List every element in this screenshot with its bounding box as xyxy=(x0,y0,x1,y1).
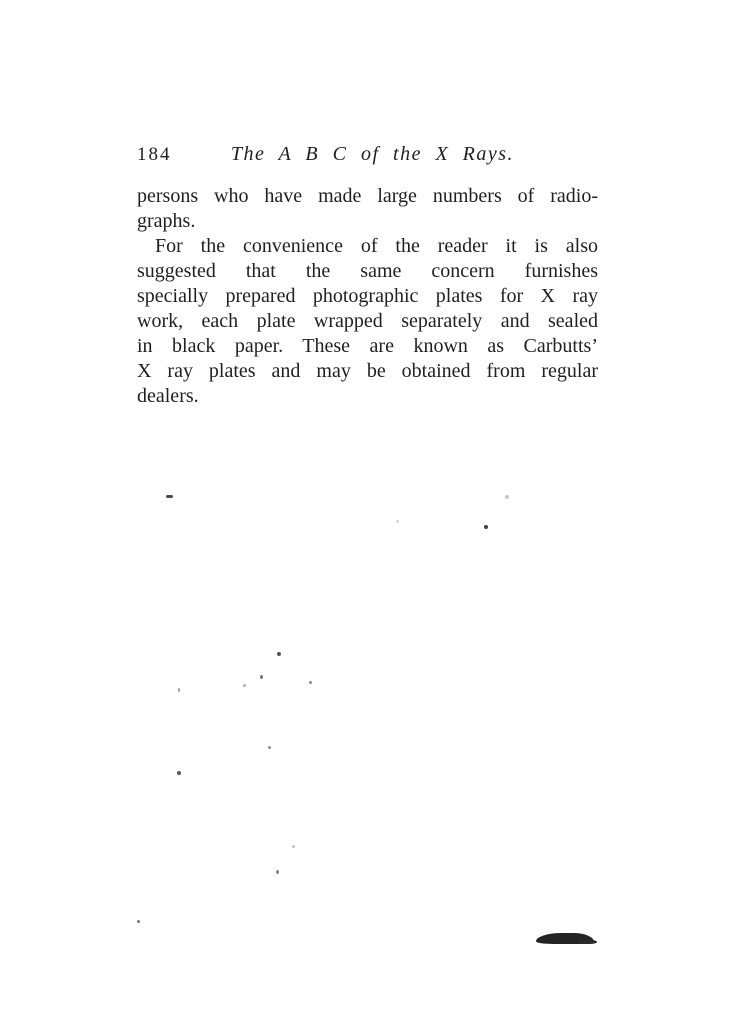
ink-speck xyxy=(260,675,263,679)
ink-speck xyxy=(166,495,173,498)
running-title: The A B C of the X Rays. xyxy=(147,141,598,167)
ink-speck xyxy=(396,520,399,523)
ink-speck xyxy=(243,684,246,687)
ink-speck xyxy=(484,525,488,529)
ink-speck xyxy=(276,870,279,874)
text-line: specially prepared photographic plates f… xyxy=(137,284,598,309)
text-line: dealers. xyxy=(137,384,598,409)
text-line: graphs. xyxy=(137,209,598,234)
text-line: For the convenience of the reader it is … xyxy=(137,234,598,259)
text-line: X ray plates and may be obtained from re… xyxy=(137,359,598,384)
ink-speck xyxy=(277,652,281,656)
text-line: work, each plate wrapped separately and … xyxy=(137,309,598,334)
ink-speck xyxy=(268,746,271,749)
ink-speck xyxy=(178,688,180,692)
ink-speck xyxy=(505,495,509,499)
book-page-scan: 184 The A B C of the X Rays. persons who… xyxy=(0,0,739,1024)
text-line: persons who have made large numbers of r… xyxy=(137,184,598,209)
text-line: suggested that the same concern furnishe… xyxy=(137,259,598,284)
body-text: persons who have made large numbers of r… xyxy=(137,184,598,409)
ink-speck xyxy=(309,681,312,684)
ink-blob-tail xyxy=(578,940,597,944)
ink-speck xyxy=(292,845,295,848)
ink-speck xyxy=(137,920,140,923)
text-line: in black paper. These are known as Carbu… xyxy=(137,334,598,359)
running-head: 184 The A B C of the X Rays. xyxy=(137,141,598,167)
ink-speck xyxy=(177,771,181,775)
